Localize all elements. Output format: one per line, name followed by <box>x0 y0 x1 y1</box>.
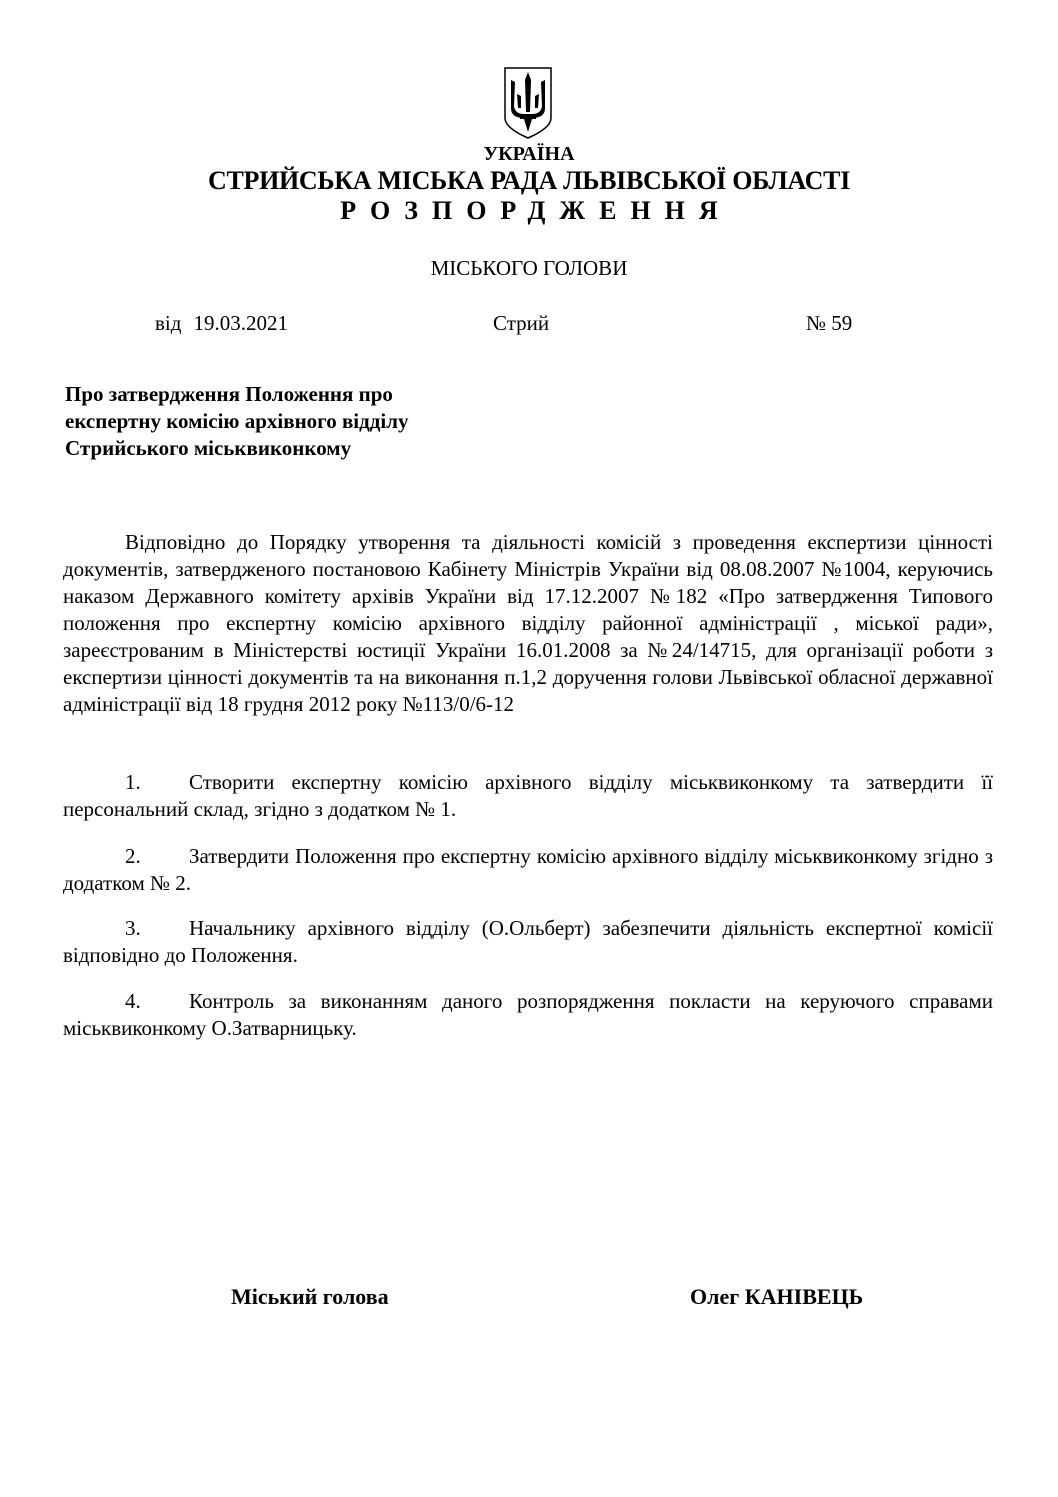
document-date: від19.03.2021 <box>155 311 288 336</box>
document-title: Про затвердження Положення про експертну… <box>65 381 408 462</box>
document-city: Стрий <box>493 311 549 336</box>
date-prefix: від <box>155 311 181 335</box>
document-number: № 59 <box>806 311 852 336</box>
order-item: 2.Затвердити Положення про експертну ком… <box>63 843 993 897</box>
signatory-role: Міський голова <box>231 1284 389 1310</box>
item-number: 2. <box>125 843 189 870</box>
date-value: 19.03.2021 <box>193 311 288 335</box>
council-heading: СТРИЙСЬКА МІСЬКА РАДА ЛЬВІВСЬКОЇ ОБЛАСТІ <box>0 166 1058 196</box>
signatory-name: Олег КАНІВЕЦЬ <box>690 1284 863 1310</box>
item-number: 1. <box>125 769 189 796</box>
item-text: Начальнику архівного відділу (О.Ольберт)… <box>63 916 993 967</box>
title-line: Стрийського міськвиконкому <box>65 435 408 462</box>
country-heading: УКРАЇНА <box>0 143 1058 166</box>
title-line: Про затвердження Положення про <box>65 381 408 408</box>
order-item: 4.Контроль за виконанням даного розпоряд… <box>63 988 993 1042</box>
preamble-paragraph: Відповідно до Порядку утворення та діяль… <box>63 529 993 718</box>
order-item: 3.Начальнику архівного відділу (О.Ольбер… <box>63 915 993 969</box>
item-text: Затвердити Положення про експертну коміс… <box>63 844 993 895</box>
item-text: Створити експертну комісію архівного від… <box>63 770 993 821</box>
item-number: 4. <box>125 988 189 1015</box>
order-item: 1.Створити експертну комісію архівного в… <box>63 769 993 823</box>
item-number: 3. <box>125 915 189 942</box>
trident-coat-of-arms-icon <box>502 66 554 140</box>
issuer-subtitle: МІСЬКОГО ГОЛОВИ <box>0 256 1058 281</box>
document-type-heading: РОЗПОРДЖЕННЯ <box>0 196 1058 226</box>
title-line: експертну комісію архівного відділу <box>65 408 408 435</box>
item-text: Контроль за виконанням даного розпорядже… <box>63 989 993 1040</box>
